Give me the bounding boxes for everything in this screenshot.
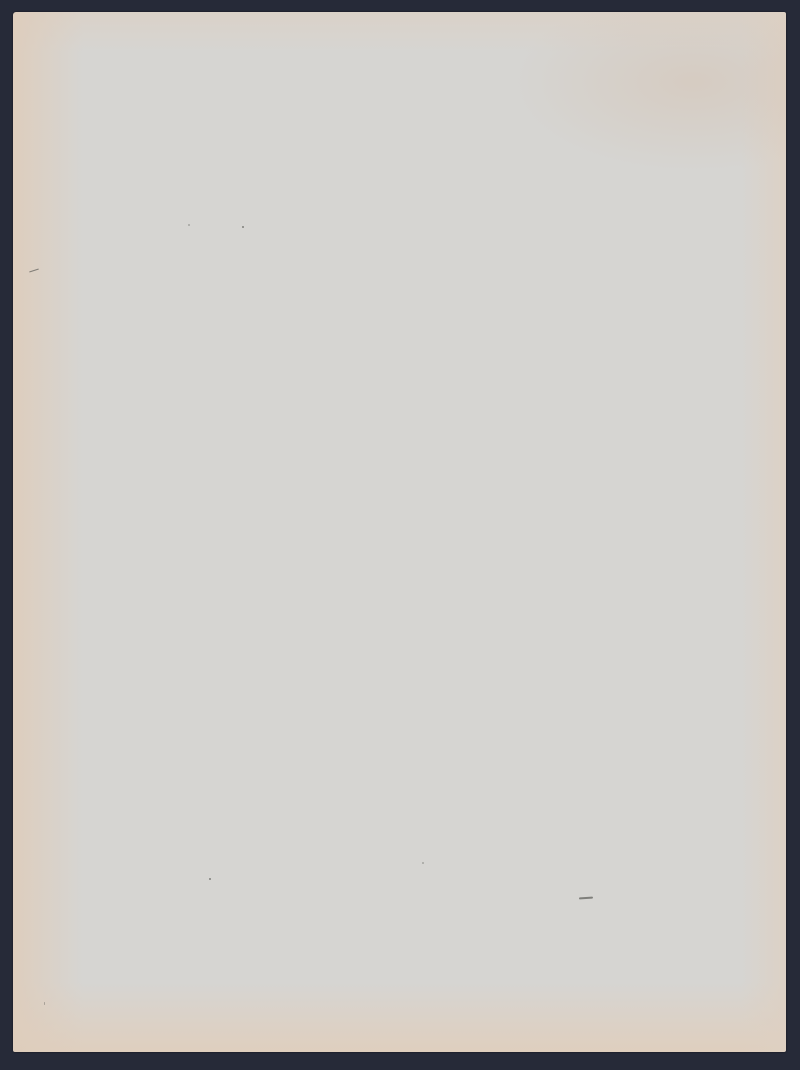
paper-speck — [44, 1002, 45, 1005]
paper-speck — [209, 878, 211, 880]
page-content — [13, 12, 14, 13]
paper-speck — [422, 862, 424, 864]
scan-backdrop — [0, 0, 800, 1070]
paper-speck — [579, 897, 593, 900]
blank-paper-page — [13, 12, 786, 1052]
paper-speck — [29, 268, 39, 272]
paper-speck — [188, 224, 190, 226]
paper-speck — [242, 226, 244, 228]
